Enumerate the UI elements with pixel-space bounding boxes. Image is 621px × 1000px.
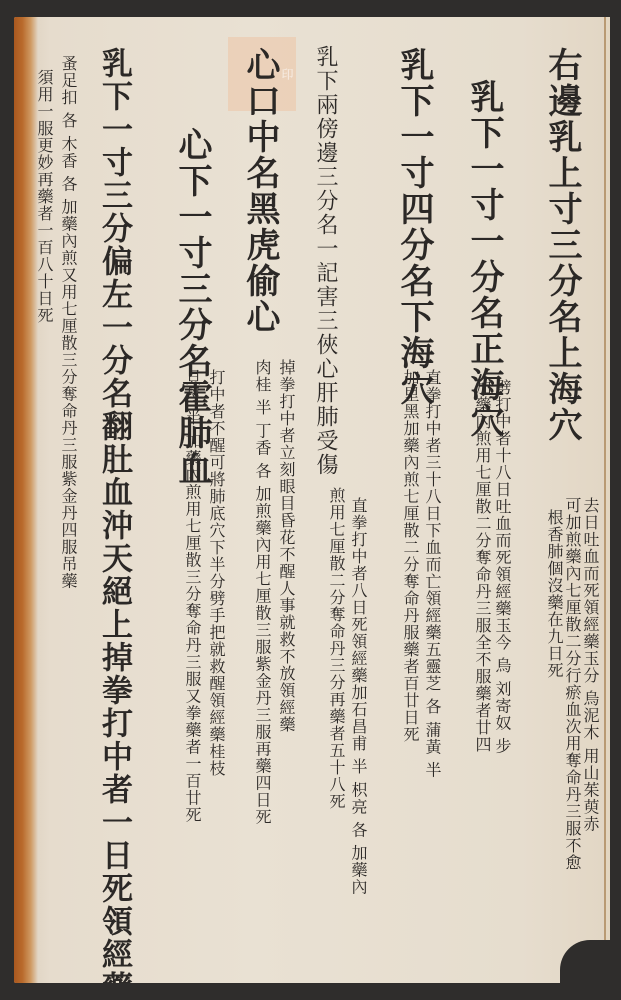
column-1-note-1: 去日吐血而死領經藥玉分 烏泥木 用山茱萸赤 [580, 497, 600, 832]
column-4-heading: 乳下兩傍邊三分名一記害三俠心肝肺受傷 [312, 45, 338, 477]
column-8-note-2: 須用一服更妙再藥者一百八十日死 [34, 69, 54, 324]
next-page-edge [606, 17, 610, 983]
column-3-note-2: 加里黑加藥內煎七厘散二分奪命丹服藥者百廿日死 [400, 369, 420, 743]
column-5-heading: 心口中名黑虎偷心 [240, 47, 280, 335]
column-5-note-1: 掉拳打中者立刻眼目昏花不醒人事就救不放領經藥 [276, 359, 296, 733]
column-5-note-2: 肉桂 半 丁香 各 加煎藥內用七厘散三服紫金丹三服再藥四日死 [252, 359, 272, 825]
manuscript-page: 印 右邊乳上寸三分名上海穴 去日吐血而死領經藥玉分 烏泥木 用山茱萸赤 可加煎藥… [14, 17, 610, 983]
column-1-heading: 右邊乳上寸三分名上海穴 [542, 47, 582, 443]
column-6-note-1: 打中者不醒可將肺底穴下半分劈手把就救醒領經藥桂枝 [206, 369, 226, 777]
column-8-note-1: 蚤足扣 各 木香 各 加藥內煎又用七厘散三分奪命丹三服紫金丹四服吊藥 [58, 55, 78, 589]
column-3-heading: 乳下一寸四分名下海穴 [394, 47, 434, 407]
column-2-note-1: 劈打中者十八日吐血而死領經藥玉今 烏 刘寄奴 步 [492, 379, 512, 754]
column-2-note-2: 加藥內煎用七厘散二分奪命丹三服全不服藥者廿四 [472, 379, 492, 753]
column-4-note-1: 直拳打中者八日死領經藥加石昌甫 半 枳亮 各 加藥內 [348, 497, 368, 895]
page-fold-line [604, 17, 606, 983]
column-7-heading: 乳下一寸三分偏左一分名翻肚血沖天絕上掉拳打中者一日死領經藥 [96, 47, 132, 983]
column-4-note-2: 煎用七厘散二分奪命丹三分再藥者五十八死 [326, 487, 346, 810]
column-1-note-2: 可加煎藥內七厘散二分行瘀血次用奪命丹三服不愈 [562, 497, 582, 871]
column-1-note-3: 根香肺個沒藥在九日死 [544, 509, 564, 679]
column-6-note-2: 貝母 半 加藥內煎用七厘散三分奪命丹三服又拳藥者一百廿死 [182, 369, 202, 823]
binding-shadow [560, 940, 621, 1000]
column-3-note-1: 直拳打中者三十八日下血而亡領經藥五靈芝 各 蒲黃 半 [422, 369, 442, 778]
